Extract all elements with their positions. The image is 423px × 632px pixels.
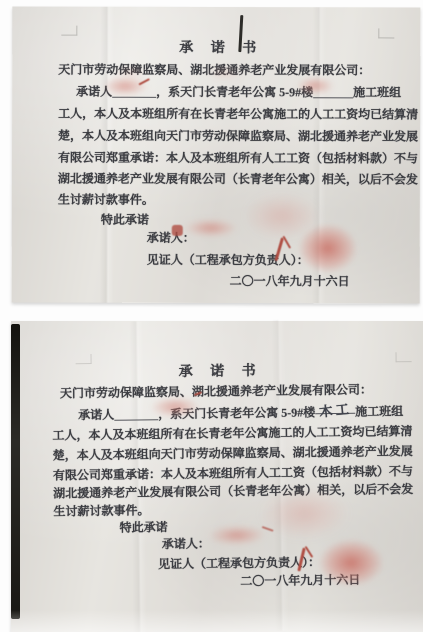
body-line: 楚，本人及本班组向天门市劳动保障监察局、湖北援通养老产业发展 [53, 442, 413, 463]
redacted-promisor-signature [184, 219, 238, 237]
fillin-post: 施工班组 [355, 404, 403, 419]
redacted-witness-signature [298, 223, 358, 273]
doc-title: 承 诺 书 [10, 358, 422, 383]
red-smear [206, 69, 242, 78]
date-line: 二〇一八年九月十六日 [230, 272, 350, 289]
document-1-content: 承 诺 书 天门市劳动保障监察局、湖北援通养老产业发展有限公司： 承诺人，系天门… [12, 6, 421, 303]
fillin-pre: 承诺人 [78, 408, 114, 422]
redacted-promisor-signature [208, 525, 266, 546]
body-line: 湖北援通养老产业发展有限公司（长青老年公寓）相关，以后不会发 [58, 170, 418, 188]
document-photo-1: 承 诺 书 天门市劳动保障监察局、湖北援通养老产业发展有限公司： 承诺人，系天门… [12, 6, 421, 303]
body-line: 楚，本人及本班组向天门市劳动保障监察局、湖北援通养老产业发展 [58, 127, 418, 145]
body-line: 生讨薪讨款事件。 [53, 501, 149, 519]
document-photo-2: 承 诺 书 天门市劳动保障监察局、湖北援通养老产业发展有限公司： 承诺人，系天门… [11, 321, 423, 632]
witness-label: 见证人（工程承包方负责人）： [147, 251, 309, 268]
doc-title: 承 诺 书 [12, 36, 420, 57]
redacted-name-signature [102, 77, 148, 96]
body-line: 有限公司郑重承诺：本人及本班组所有人工工资（包括材料款）不与 [58, 149, 418, 167]
fillin-post: 施工班组 [353, 85, 401, 99]
witness-label: 见证人（工程承包方负责人）： [158, 553, 320, 572]
closing-line: 特此承诺 [120, 518, 168, 536]
body-line: 生讨薪讨款事件。 [58, 191, 154, 208]
body-line: 工人，本人及本班组所有在长青老年公寓施工的人工工资均已结算清 [58, 105, 418, 123]
trade-blank-underline: 木工 [315, 402, 355, 414]
document-2-content: 承 诺 书 天门市劳动保障监察局、湖北援通养老产业发展有限公司： 承诺人，系天门… [9, 318, 423, 632]
handwritten-trade: 木工 [318, 397, 353, 420]
redacted-trade-signature [296, 77, 334, 94]
body-line: 工人，本人及本班组所有在长青老年公寓施工的人工工资均已结算清 [52, 422, 412, 443]
corner-mark [61, 26, 77, 36]
body-line: 湖北援通养老产业发展有限公司（长青老年公寓）相关，以后不会发 [53, 480, 413, 501]
body-line-fillin: 承诺人，系天门长青老年公寓 5-9#楼木工施工班组 [78, 401, 403, 423]
closing-line: 特此承诺 [101, 211, 149, 228]
promisor-label: 承诺人： [162, 535, 210, 553]
fillin-mid: ，系天门长青老年公寓 5-9#楼 [156, 85, 313, 99]
redacted-witness-signature [318, 538, 385, 587]
ink-bleed-smudge [259, 487, 350, 540]
promisor-signature-stroke [172, 225, 183, 236]
salutation-line: 天门市劳动保障监察局、湖北援通养老产业发展有限公司： [60, 381, 372, 402]
